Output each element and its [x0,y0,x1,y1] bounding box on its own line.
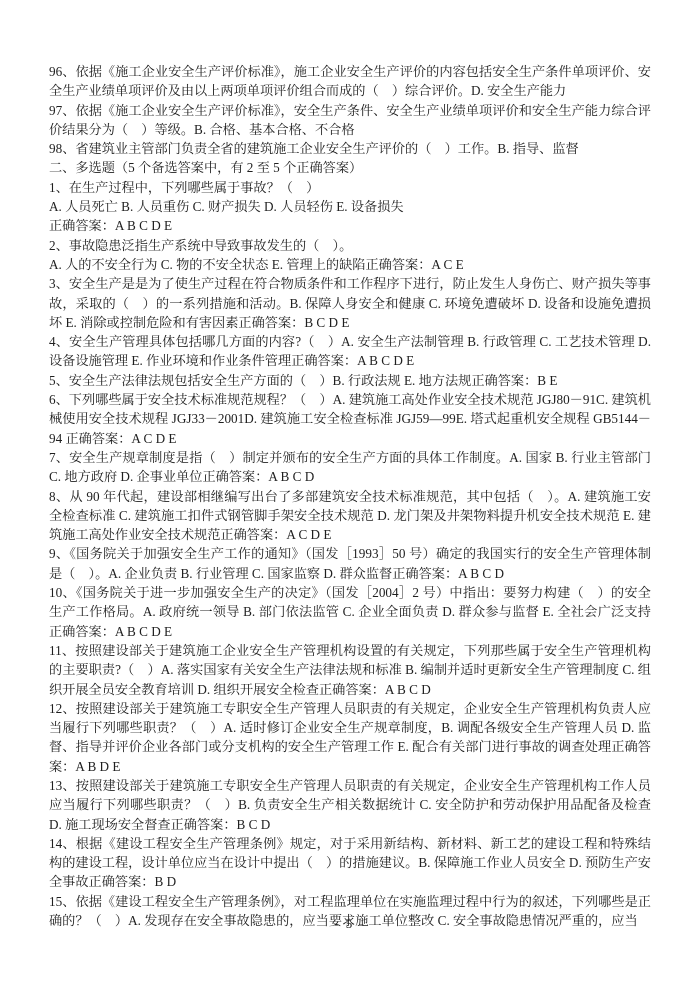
document-body: 96、依据《施工企业安全生产评价标准》，施工企业安全生产评价的内容包括安全生产条… [49,62,651,930]
question-paragraph: 8、从 90 年代起，建设部相继编写出台了多部建筑安全技术标准规范，其中包括（ … [49,487,651,545]
question-paragraph: 11、按照建设部关于建筑施工企业安全生产管理机构设置的有关规定，下列那些属于安全… [49,641,651,699]
page-number: - 5 - [0,914,700,933]
question-paragraph: 96、依据《施工企业安全生产评价标准》，施工企业安全生产评价的内容包括安全生产条… [49,62,651,101]
question-paragraph: 9、《国务院关于加强安全生产工作的通知》（国发［1993］50 号）确定的我国实… [49,544,651,583]
options-line: A. 人的不安全行为 C. 物的不安全状态 E. 管理上的缺陷正确答案：A C … [49,255,651,274]
question-paragraph: 12、按照建设部关于建筑施工专职安全生产管理人员职责的有关规定，企业安全生产管理… [49,699,651,776]
options-line: A. 人员死亡 B. 人员重伤 C. 财产损失 D. 人员轻伤 E. 设备损失 [49,197,651,216]
question-paragraph: 97、依据《施工企业安全生产评价标准》，安全生产条件、安全生产业绩单项评价和安全… [49,101,651,140]
question-paragraph: 98、省建筑业主管部门负责全省的建筑施工企业安全生产评价的（ ）工作。B. 指导… [49,139,651,158]
question-paragraph: 7、安全生产规章制度是指（ ）制定并颁布的安全生产方面的具体工作制度。A. 国家… [49,448,651,487]
question-paragraph: 6、下列哪些属于安全技术标准规范规程？（ ）A. 建筑施工高处作业安全技术规范 … [49,390,651,448]
question-paragraph: 14、根据《建设工程安全生产管理条例》规定，对于采用新结构、新材料、新工艺的建设… [49,834,651,892]
question-paragraph: 1、在生产过程中，下列哪些属于事故？（ ） [49,178,651,197]
document-page: 96、依据《施工企业安全生产评价标准》，施工企业安全生产评价的内容包括安全生产条… [0,0,700,990]
answer-line: 正确答案：A B C D E [49,216,651,235]
question-paragraph: 3、安全生产是是为了使生产过程在符合物质条件和工作程序下进行，防止发生人身伤亡、… [49,274,651,332]
section-header: 二、多选题（5 个备选答案中，有 2 至 5 个正确答案） [49,158,651,177]
question-paragraph: 2、事故隐患泛指生产系统中导致事故发生的（ ）。 [49,236,651,255]
question-paragraph: 10、《国务院关于进一步加强安全生产的决定》（国发［2004］2 号）中指出：要… [49,583,651,641]
question-paragraph: 13、按照建设部关于建筑施工专职安全生产管理人员职责的有关规定，企业安全生产管理… [49,776,651,834]
question-paragraph: 5、安全生产法律法规包括安全生产方面的（ ）B. 行政法规 E. 地方法规正确答… [49,371,651,390]
question-paragraph: 4、安全生产管理具体包括哪几方面的内容?（ ）A. 安全生产法制管理 B. 行政… [49,332,651,371]
